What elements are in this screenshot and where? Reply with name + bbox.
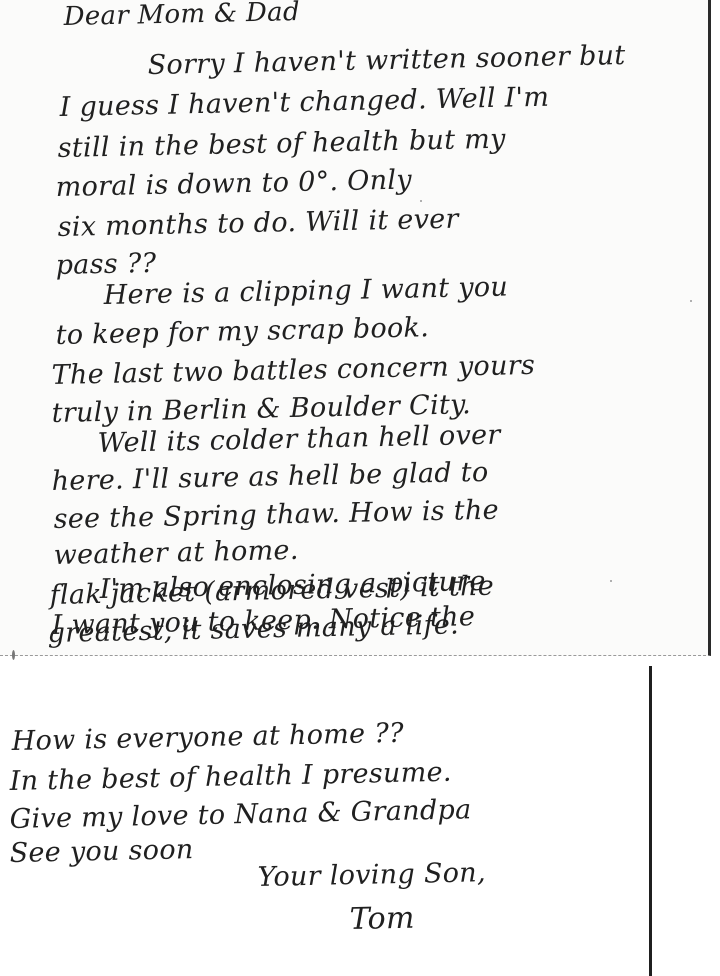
letter-page-2: How is everyone at home ?? In the best o…: [0, 666, 652, 976]
letter-line: six months to do. Will it ever: [57, 204, 459, 243]
letter-line: The last two battles concern yours: [51, 350, 535, 391]
letter-line: still in the best of health but my: [57, 124, 506, 164]
paper-speck: [690, 300, 692, 302]
letter-line: pass ??: [55, 248, 156, 281]
paper-speck: [610, 580, 612, 582]
letter-line: See you soon: [9, 834, 193, 869]
paper-mark: [12, 650, 15, 660]
letter-line: Sorry I haven't written sooner but: [147, 40, 625, 81]
letter-page-1: Dear Mom & Dad Sorry I haven't written s…: [0, 0, 711, 656]
letter-line: Give my love to Nana & Grandpa: [9, 794, 471, 835]
letter-line: to keep for my scrap book.: [55, 312, 429, 351]
letter-line: How is everyone at home ??: [11, 718, 404, 757]
closing: Your loving Son,: [257, 857, 486, 893]
letter-line: In the best of health I presume.: [9, 757, 452, 797]
paper-speck: [420, 200, 422, 202]
letter-line: see the Spring thaw. How is the: [53, 495, 499, 535]
letter-line: here. I'll sure as hell be glad to: [51, 457, 488, 497]
letter-line: weather at home.: [53, 535, 299, 571]
letter-line: moral is down to 0°. Only: [55, 165, 412, 203]
salutation: Dear Mom & Dad: [63, 0, 300, 32]
letter-line: Here is a clipping I want you: [103, 272, 508, 311]
signature: Tom: [349, 901, 415, 937]
letter-line: I guess I haven't changed. Well I'm: [59, 82, 549, 123]
